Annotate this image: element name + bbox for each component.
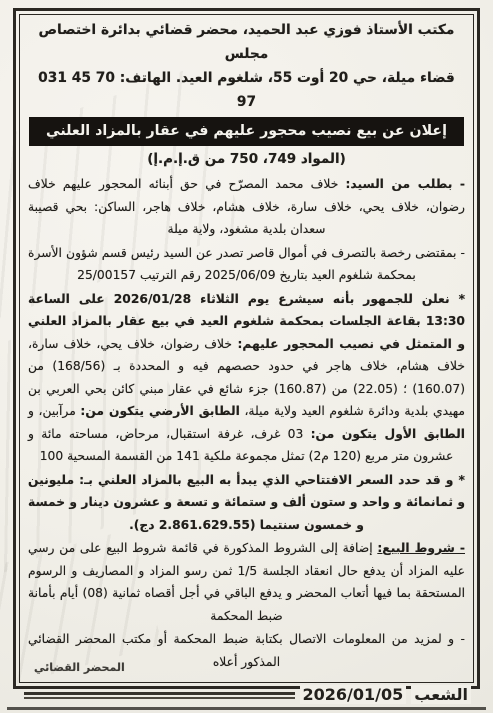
bailiff-office-header: مكتب الأستاذ فوزي عبد الحميد، محضر قضائي… — [28, 18, 465, 114]
page-bottom-divider — [7, 707, 486, 710]
ground-floor-label: الطابق الأرضي يتكون من: — [80, 404, 239, 418]
opening-price-paragraph: * و قد حدد السعر الافتتاحي الذي يبدأ به … — [28, 469, 465, 537]
footer-rule — [24, 692, 295, 699]
request-label: - بطلب من السيد: — [346, 177, 465, 191]
bailiff-signature-label: المحضر القضائي — [34, 661, 125, 674]
newspaper-name: الشعب — [411, 685, 471, 704]
newspaper-ad-scan: مكتب الأستاذ فوزي عبد الحميد، محضر قضائي… — [0, 0, 493, 713]
sale-conditions-paragraph: - شروط البيع: إضافة إلى الشروط المذكورة … — [28, 537, 465, 627]
office-line2: قضاء ميلة، حي 20 أوت 55، شلغوم العيد. ال… — [28, 66, 465, 114]
ground-floor-text: مرآبين، و — [28, 404, 80, 418]
ad-title-bar: إعلان عن بيع نصيب محجور عليهم في عقار با… — [29, 117, 464, 146]
sale-conditions-label: - شروط البيع: — [377, 541, 465, 555]
office-line1: مكتب الأستاذ فوزي عبد الحميد، محضر قضائي… — [28, 18, 465, 66]
announcement-paragraph: * نعلن للجمهور بأنه سيشرع يوم الثلاثاء 2… — [28, 288, 465, 468]
newspaper-footer: الشعب 2026/01/05 — [24, 685, 471, 704]
office-line2-text: قضاء ميلة، حي 20 أوت 55، شلغوم العيد. ال… — [115, 70, 455, 86]
publication-date: 2026/01/05 — [300, 685, 407, 704]
permit-paragraph: - بمقتضى رخصة بالتصرف في أموال قاصر تصدر… — [28, 242, 465, 287]
request-paragraph: - بطلب من السيد: خلاف محمد المصرّح في حق… — [28, 173, 465, 241]
ad-content: مكتب الأستاذ فوزي عبد الحميد، محضر قضائي… — [19, 14, 474, 683]
statute-reference: (المواد 749، 750 من ق.إ.م.إ) — [28, 148, 465, 170]
first-floor-label: الطابق الأول يتكون من: — [311, 427, 465, 441]
ad-border-frame: مكتب الأستاذ فوزي عبد الحميد، محضر قضائي… — [13, 8, 480, 689]
